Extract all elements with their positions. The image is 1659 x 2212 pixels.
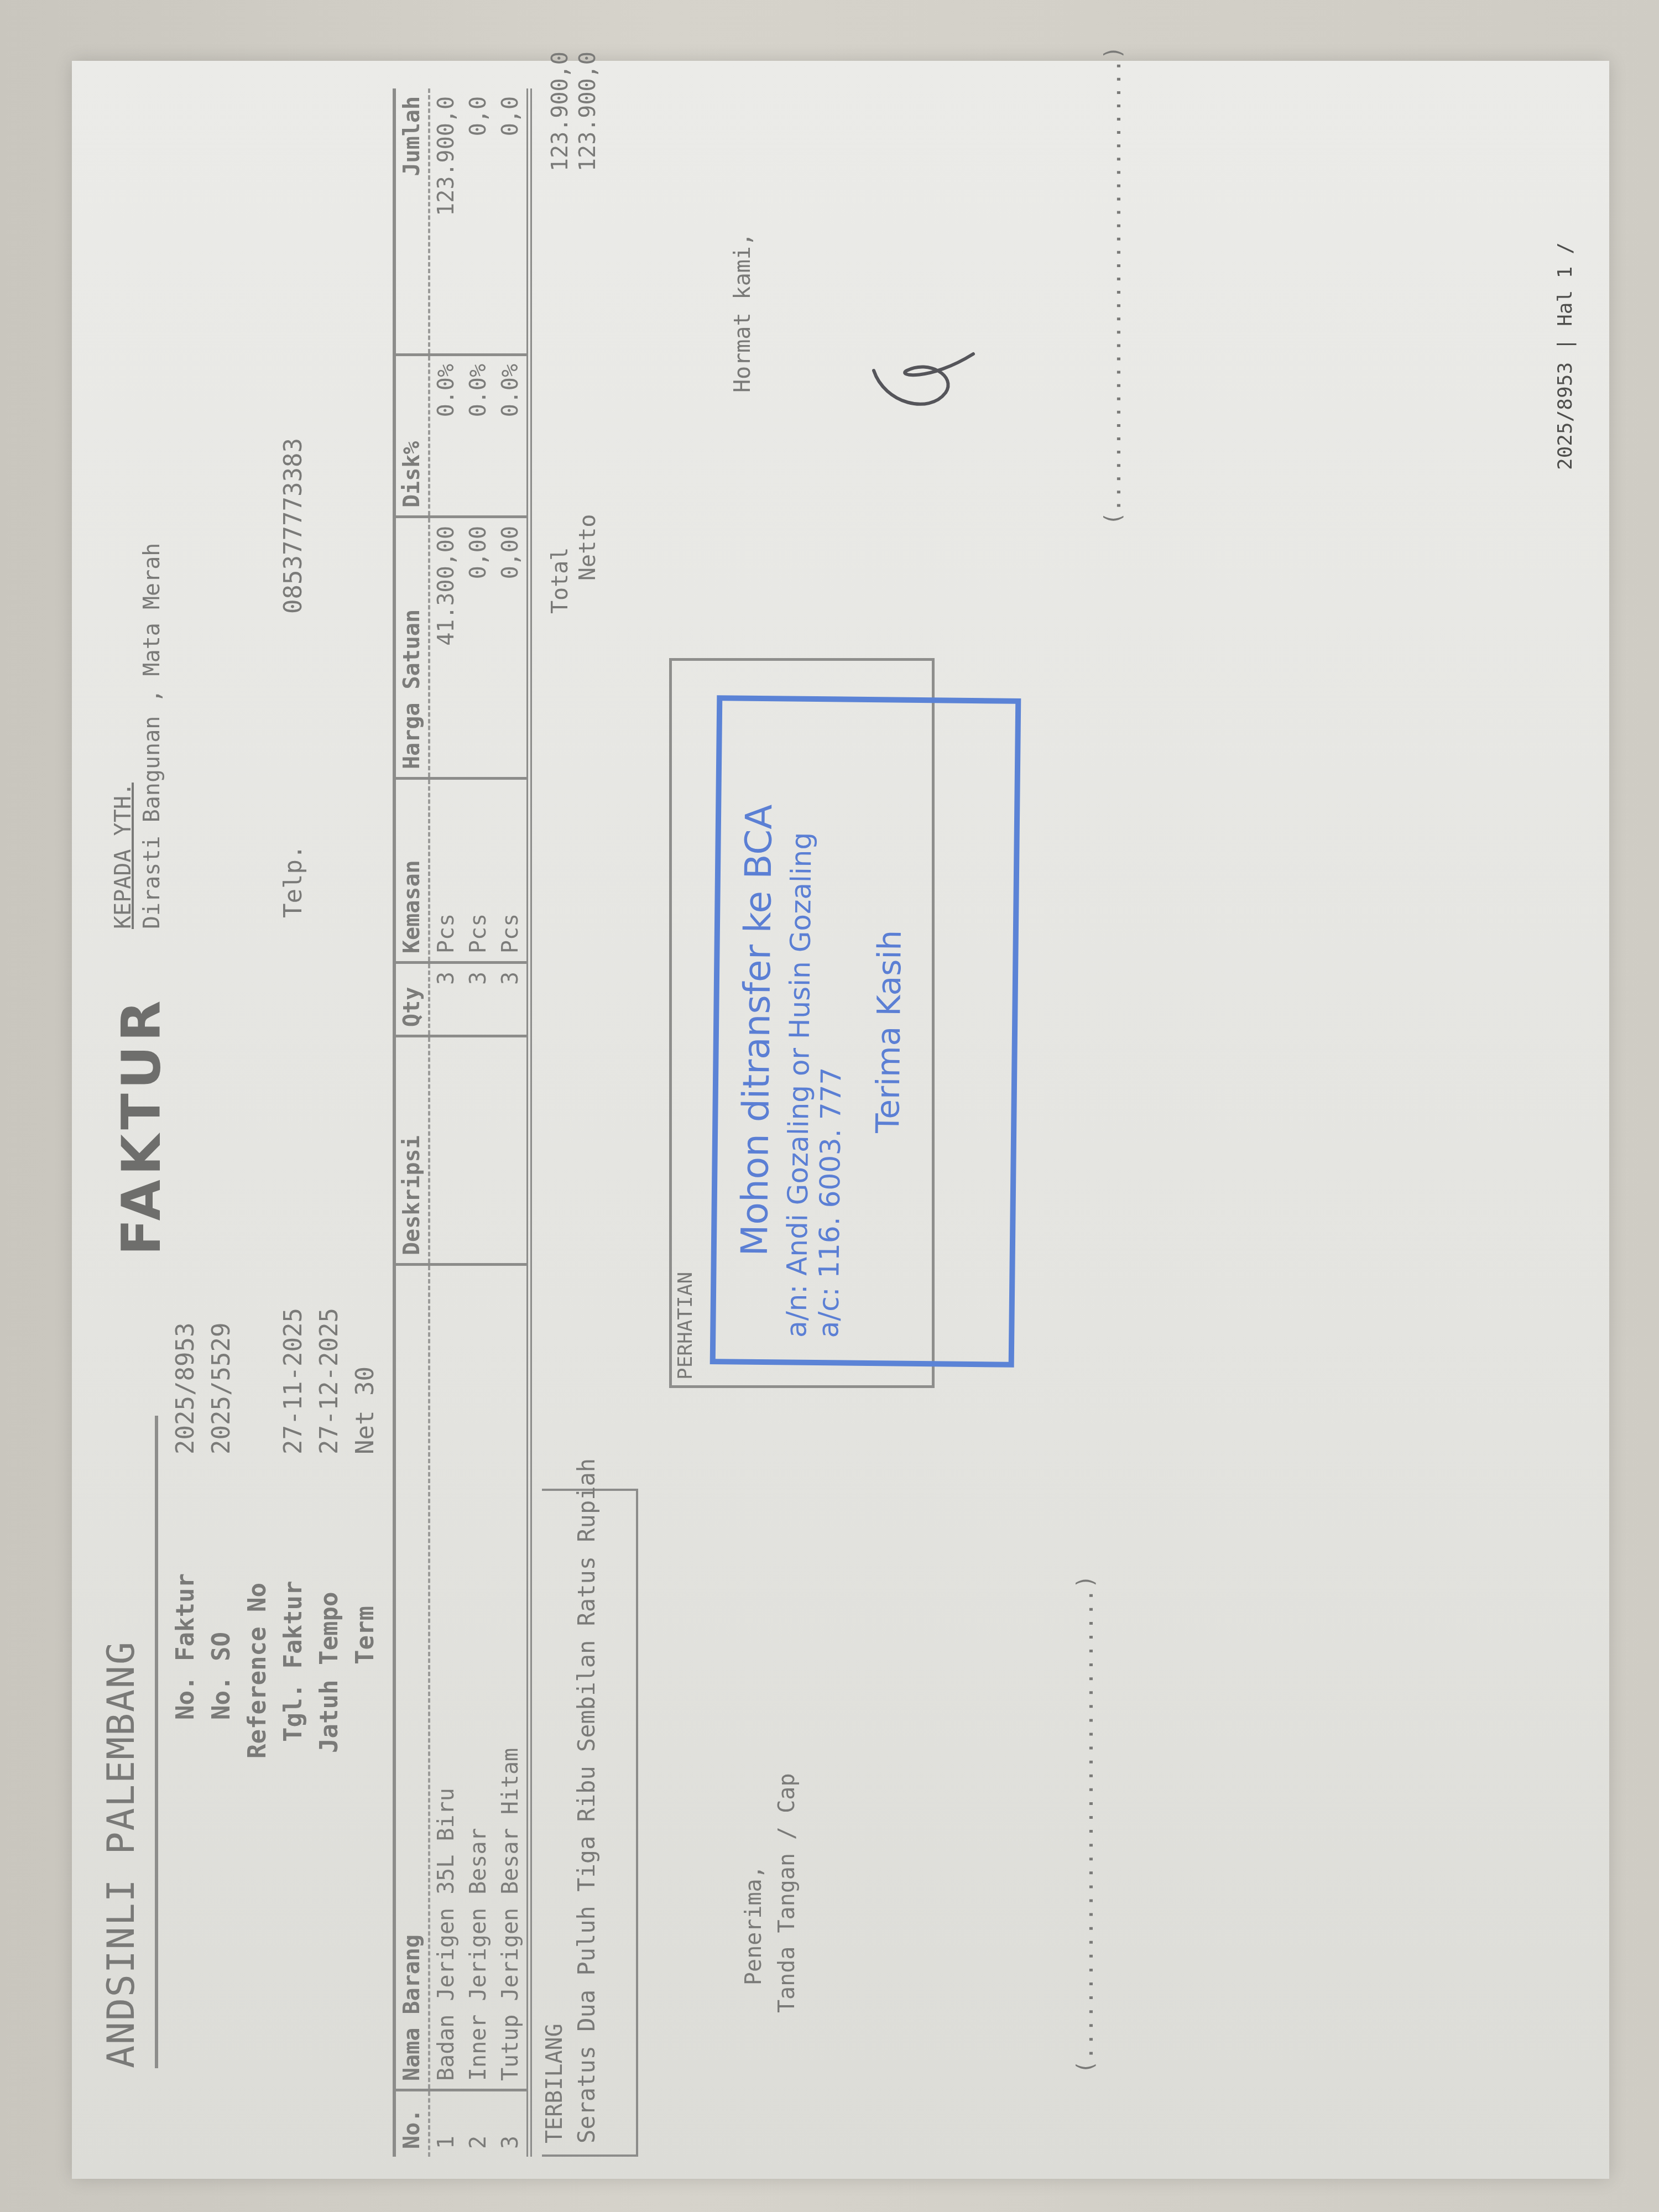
col-no: No. (394, 2090, 429, 2157)
cell-jumlah: 0,0 (494, 88, 529, 355)
perhatian-label: PERHATIAN (674, 1272, 697, 1380)
cell-qty: 3 (494, 963, 529, 1036)
cell-deskripsi (429, 1036, 462, 1265)
telp-value: 085377773383 (279, 438, 307, 614)
total-label: Total (547, 547, 573, 614)
col-jumlah: Jumlah (394, 88, 429, 355)
terbilang-text: Seratus Dua Puluh Tiga Ribu Sembilan Rat… (573, 1458, 600, 2143)
sender-label: Hormat kami, (730, 233, 755, 393)
cell-kemasan: Pcs (494, 779, 529, 963)
info-value-term: Net 30 (351, 1366, 379, 1454)
table-header-row: No. Nama Barang Deskripsi Qty Kemasan Ha… (394, 88, 429, 2157)
col-kemasan: Kemasan (394, 779, 429, 963)
terbilang-label: TERBILANG (542, 2023, 567, 2143)
col-qty: Qty (394, 963, 429, 1036)
info-value-tgl-faktur: 27-11-2025 (279, 1308, 307, 1454)
receiver-label: Penerima, (741, 1865, 766, 1985)
cell-disk: 0.0% (429, 355, 462, 517)
total-value: 123.900,0 (547, 51, 573, 171)
cell-disk: 0.0% (494, 355, 529, 517)
company-underline (155, 1416, 158, 2068)
items-table: No. Nama Barang Deskripsi Qty Kemasan Ha… (393, 88, 532, 2157)
col-nama-barang: Nama Barang (394, 1265, 429, 2090)
info-label-jatuh-tempo: Jatuh Tempo (315, 1592, 343, 1753)
cell-harga: 0,00 (494, 517, 529, 779)
cell-disk: 0.0% (462, 355, 494, 517)
recipient-label: KEPADA YTH. (111, 782, 136, 929)
receiver-signature-line: (..................................) (1073, 1574, 1098, 2074)
cell-kemasan: Pcs (429, 779, 462, 963)
company-name: ANDSINLI PALEMBANG (100, 1641, 143, 2068)
info-label-reference: Reference No (243, 1583, 272, 1759)
info-label-tgl-faktur: Tgl. Faktur (279, 1581, 307, 1742)
stamp-line-3: a/c: 116. 6003. 777 (812, 702, 851, 1360)
recipient-name: Dirasti Bangunan , Mata Merah (139, 543, 165, 929)
cell-harga: 41.300,00 (429, 517, 462, 779)
table-row: 3 Tutup Jerigen Besar Hitam 3 Pcs 0,00 0… (494, 88, 529, 2157)
cell-no: 2 (462, 2090, 494, 2157)
cell-jumlah: 123.900,0 (429, 88, 462, 355)
telp-label: Telp. (279, 845, 307, 918)
cell-nama: Inner Jerigen Besar (462, 1265, 494, 2090)
info-value-no-faktur: 2025/8953 (171, 1323, 200, 1454)
handwritten-signature-icon (863, 326, 984, 437)
cell-jumlah: 0,0 (462, 88, 494, 355)
info-label-no-so: No. SO (207, 1632, 236, 1720)
netto-label: Netto (575, 514, 601, 581)
terbilang-box: TERBILANG Seratus Dua Puluh Tiga Ribu Se… (542, 1489, 638, 2157)
cell-nama: Badan Jerigen 35L Biru (429, 1265, 462, 2090)
info-value-no-so: 2025/5529 (207, 1323, 236, 1454)
cell-qty: 3 (462, 963, 494, 1036)
page-footer: 2025/8953 | Hal 1 / (1554, 242, 1577, 470)
receiver-sublabel: Tanda Tangan / Cap (774, 1773, 800, 2013)
cell-harga: 0,00 (462, 517, 494, 779)
paper-sheet: ANDSINLI PALEMBANG FAKTUR KEPADA YTH. Di… (72, 61, 1609, 2179)
netto-value: 123.900,0 (575, 51, 601, 171)
info-label-no-faktur: No. Faktur (171, 1573, 200, 1720)
bank-transfer-stamp: Mohon ditransfer ke BCA a/n: Andi Gozali… (710, 695, 1021, 1368)
table-row: 2 Inner Jerigen Besar 3 Pcs 0,00 0.0% 0,… (462, 88, 494, 2157)
info-label-term: Term (351, 1606, 379, 1665)
cell-kemasan: Pcs (462, 779, 494, 963)
document-title: FAKTUR (111, 996, 173, 1255)
cell-deskripsi (462, 1036, 494, 1265)
cell-no: 1 (429, 2090, 462, 2157)
stamp-line-1: Mohon ditransfer ke BCA (732, 701, 781, 1360)
cell-deskripsi (494, 1036, 529, 1265)
stamp-line-4: Terima Kasih (867, 702, 911, 1361)
cell-qty: 3 (429, 963, 462, 1036)
col-disk: Disk% (394, 355, 429, 517)
col-harga-satuan: Harga Satuan (394, 517, 429, 779)
info-value-jatuh-tempo: 27-12-2025 (315, 1308, 343, 1454)
cell-nama: Tutup Jerigen Besar Hitam (494, 1265, 529, 2090)
invoice-document: ANDSINLI PALEMBANG FAKTUR KEPADA YTH. Di… (88, 72, 1593, 2162)
cell-no: 3 (494, 2090, 529, 2157)
col-deskripsi: Deskripsi (394, 1036, 429, 1265)
sender-signature-line: (..................................) (1100, 46, 1126, 525)
table-row: 1 Badan Jerigen 35L Biru 3 Pcs 41.300,00… (429, 88, 462, 2157)
